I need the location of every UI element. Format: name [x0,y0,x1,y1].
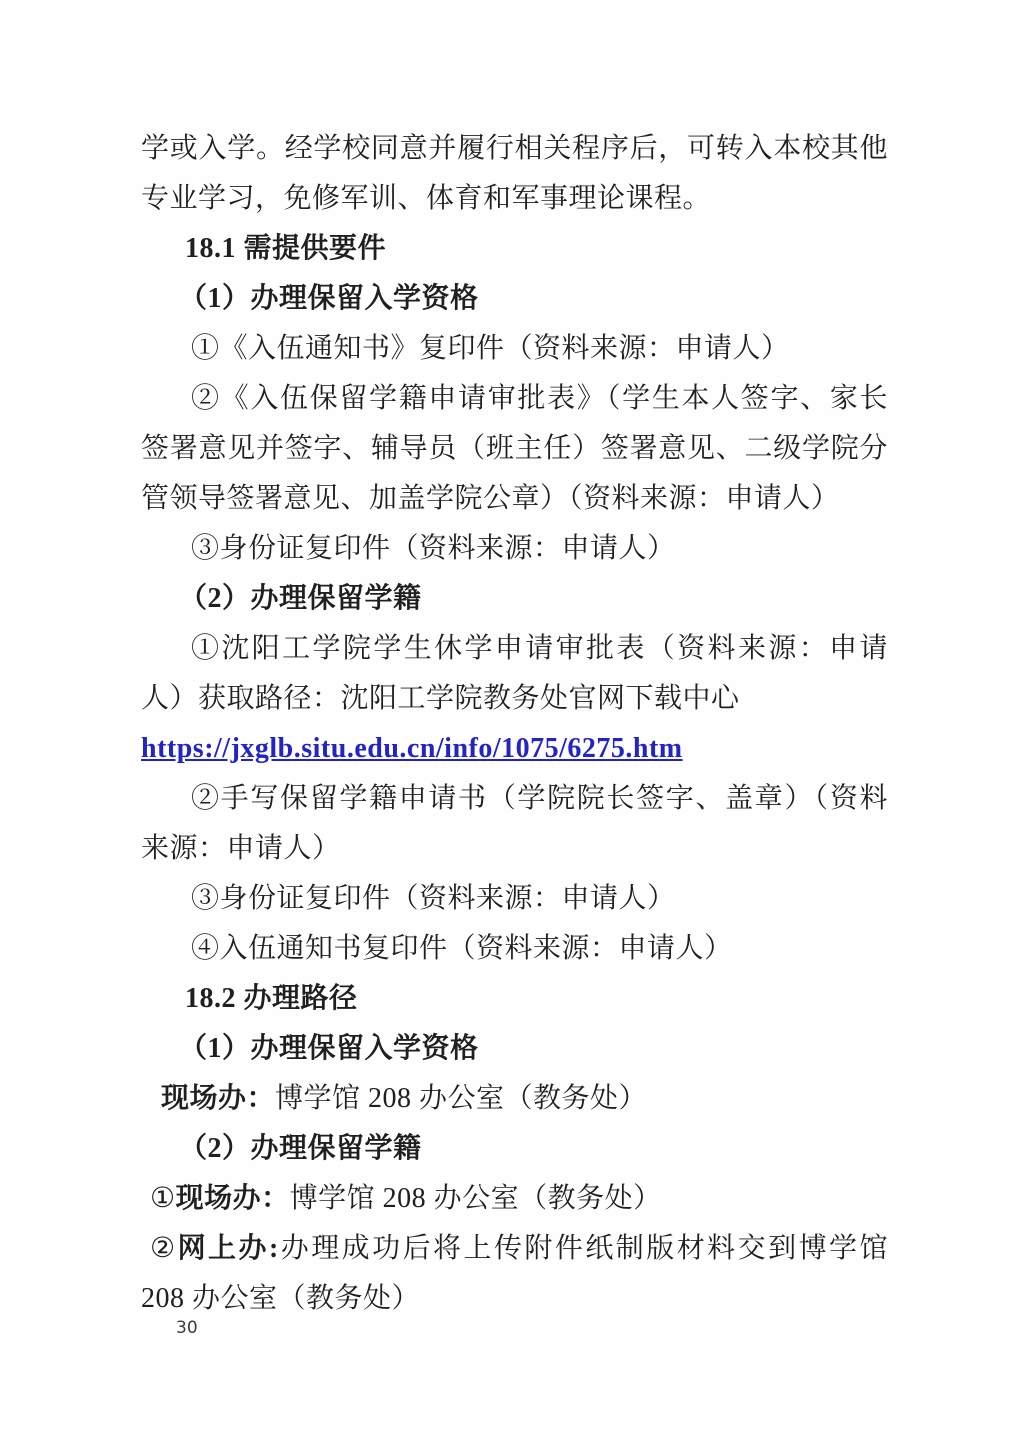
subheading-18-2-1: （1）办理保留入学资格 [141,1024,888,1074]
channel-onsite-row-2: ①现场办：博学馆 208 办公室（教务处） [141,1174,888,1224]
list-item-id-card-copy-2: ③身份证复印件（资料来源：申请人） [141,874,888,924]
channel-onsite-label-2: 现场办： [176,1183,290,1214]
channel-onsite-location: 博学馆 208 办公室（教务处） [275,1083,647,1114]
channel-onsite-label: 现场办： [161,1083,275,1114]
list-item-enlistment-notice-copy-2: ④入伍通知书复印件（资料来源：申请人） [141,924,888,974]
channel-onsite-location-2: 博学馆 208 办公室（教务处） [290,1183,662,1214]
paragraph-intro-continued: 学或入学。经学校同意并履行相关程序后，可转入本校其他专业学习，免修军训、体育和军… [141,124,888,224]
heading-18-2: 18.2 办理路径 [141,974,888,1024]
text-body: 学或入学。经学校同意并履行相关程序后，可转入本校其他专业学习，免修军训、体育和军… [141,124,888,1324]
download-center-link[interactable]: https://jxglb.situ.edu.cn/info/1075/6275… [141,733,683,764]
list-item-handwritten-application: ②手写保留学籍申请书（学院院长签字、盖章）（资料来源：申请人） [141,774,888,874]
channel-onsite-row: 现场办：博学馆 208 办公室（教务处） [141,1074,888,1124]
list-item-suspension-approval-form: ①沈阳工学院学生休学申请审批表（资料来源：申请人）获取路径：沈阳工学院教务处官网… [141,624,888,724]
list-item-enlistment-retention-form: ②《入伍保留学籍申请审批表》（学生本人签字、家长签署意见并签字、辅导员（班主任）… [141,374,888,524]
subheading-18-1-1: （1）办理保留入学资格 [141,274,888,324]
list-item-enlistment-notice-copy: ①《入伍通知书》复印件（资料来源：申请人） [141,324,888,374]
heading-18-1: 18.1 需提供要件 [141,224,888,274]
list-item-id-card-copy-1: ③身份证复印件（资料来源：申请人） [141,524,888,574]
item-number-2: ② [150,1233,178,1264]
channel-online-label: 网上办: [178,1233,279,1264]
paragraph-download-link: https://jxglb.situ.edu.cn/info/1075/6275… [141,724,888,774]
item-number-1: ① [150,1183,176,1214]
page-number: 30 [176,1318,198,1338]
document-page: 学或入学。经学校同意并履行相关程序后，可转入本校其他专业学习，免修军训、体育和军… [0,0,1024,1448]
channel-online-row: ②网上办:办理成功后将上传附件纸制版材料交到博学馆 208 办公室（教务处） [141,1224,888,1324]
subheading-18-2-2: （2）办理保留学籍 [141,1124,888,1174]
subheading-18-1-2: （2）办理保留学籍 [141,574,888,624]
